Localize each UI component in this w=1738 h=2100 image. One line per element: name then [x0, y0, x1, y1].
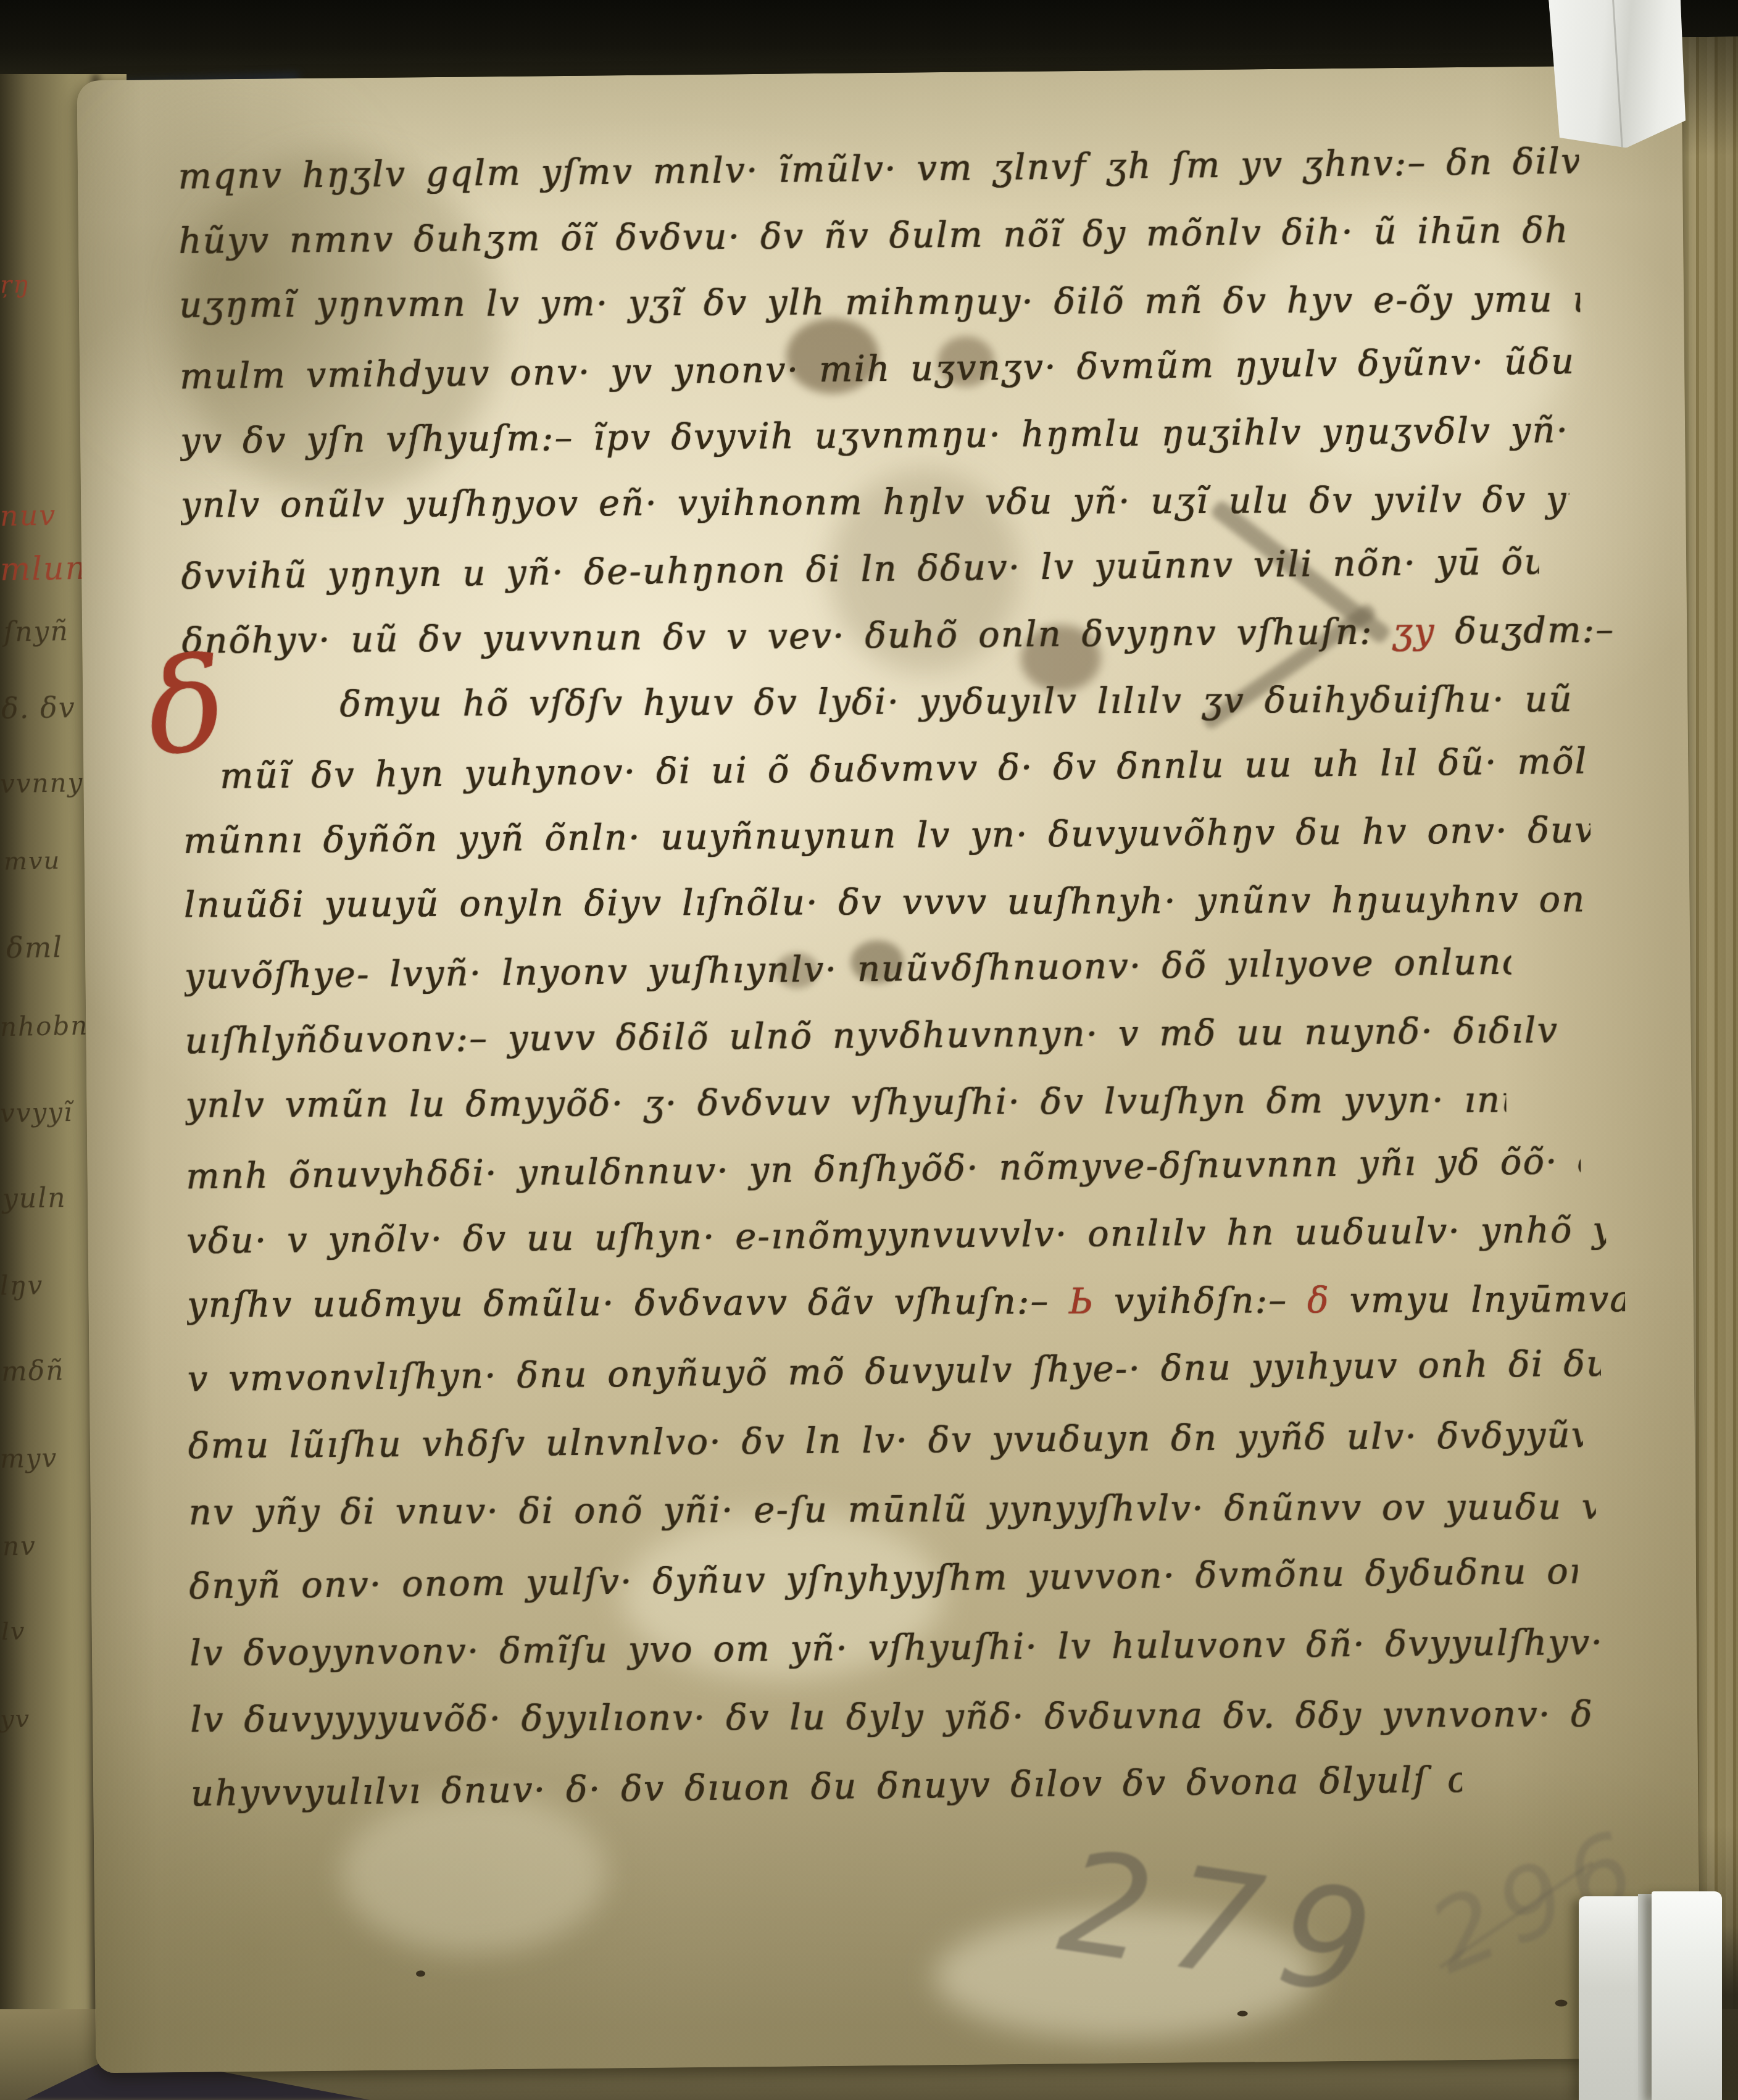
ink-text: lnuũδi yuuyũ onyln δiyv lıſnõlu· δv vvvv…	[184, 881, 1585, 925]
text-line: v vmvonvlıſhyn· δnu onyñuyõ mõ δuvyulv ſ…	[188, 1346, 1602, 1420]
text-line: vδu· v ynõlv· δv uu uſhyn· e-ınõmyynvuvv…	[186, 1212, 1607, 1283]
text-line: yuvõſhye- lvyñ· lnyonv yuſhıynlv· nuũvδſ…	[184, 944, 1511, 1019]
manuscript-page: mqnv hŋʒlv gqlm yſmv mnlv· ĩmũlv· vm ʒln…	[77, 65, 1701, 2073]
text-line: ynlv vmũn lu δmyyõδ· ʒ· δvδvuv vſhyuſhi·…	[185, 1082, 1506, 1147]
text-line: uʒŋmĩ yŋnvmn lv ym· yʒĩ δv ylh mihmŋuy· …	[179, 282, 1580, 347]
margin-fragment: ſnyñ	[4, 615, 70, 648]
text-line: ynſhv uuδmyu δmũlu· δvδvavv δãv vſhuſn:–…	[187, 1281, 1625, 1346]
text-line: hũyv nmnv δuhʒm õĩ δvδvu· δv ñv δulm nõĩ…	[178, 212, 1586, 283]
ink-text: δnõhyv· uũ δv yuvvnun δv v vev· δuhõ onl…	[181, 612, 1392, 662]
manuscript-photo: ŗŋnuvmlunſnyñδ. δvvvnnyrmvuδmlnhobnvvyyĩ…	[0, 0, 1738, 2100]
ink-text: uhyvvyulılvı δnuv· δ· δv δıuon δu δnuyv …	[191, 1762, 1463, 1815]
ink-text: ynſhv uuδmyu δmũlu· δvδvavv δãv vſhuſn:–	[187, 1281, 1069, 1325]
text-line: mũnnı δyñõn yyñ õnln· uuyñnuynun lv yn· …	[183, 812, 1591, 883]
margin-fragment: mδñ	[1, 1355, 65, 1388]
ink-text: δuʒdm:–	[1455, 612, 1620, 652]
ink-text: vδu· v ynõlv· δv uu uſhyn· e-ınõmyynvuvv…	[186, 1212, 1607, 1262]
ink-text: yv δv yſn vſhyuſm:– ĩpv δvyvih uʒvnmŋu· …	[180, 412, 1576, 462]
ink-text: δvvihũ yŋnyn u yñ· δe-uhŋnon δi ln δδuv·…	[181, 544, 1539, 597]
text-line: mũĩ δv hyn yuhynov· δi ui õ δuδvmvv δ· δ…	[220, 743, 1597, 818]
text-line: uhyvvyulılvı δnuv· δ· δv δıuon δu δnuyv …	[191, 1762, 1463, 1836]
ink-text: hũyv nmnv δuhʒm õĩ δvδvu· δv ñv δulm nõĩ…	[178, 212, 1586, 262]
tab-fold-line	[1611, 0, 1623, 148]
margin-fragment: mvu	[4, 846, 61, 876]
margin-fragment: lv	[1, 1617, 26, 1646]
bookmark-tab-bottom-right	[1652, 1891, 1722, 2100]
margin-fragment: mlun	[0, 550, 87, 588]
text-line: mnh õnuvyhδδi· ynulδnnuv· yn δnſhyõδ· nõ…	[186, 1144, 1581, 1219]
ink-text: δmyu hõ vſδſv hyuv δv lyδi· yyδuyılv lıl…	[339, 681, 1571, 725]
rubric-text: δ	[1307, 1281, 1350, 1321]
margin-fragment: nv	[2, 1531, 37, 1562]
ink-text: uʒŋmĩ yŋnvmn lv ym· yʒĩ δv ylh mihmŋuy· …	[179, 282, 1580, 326]
text-line: δvvihũ yŋnyn u yñ· δe-uhŋnon δi ln δδuv·…	[181, 544, 1539, 618]
text-line: δnõhyv· uũ δv yuvvnun δv v vev· δuhõ onl…	[181, 612, 1620, 683]
text-line: lv δuvyyyyuvõδ· δyyılıonv· δv lu δyly yñ…	[190, 1696, 1591, 1761]
ink-text: ynlv vmũn lu δmyyõδ· ʒ· δvδvuv vſhyuſhi·…	[185, 1082, 1506, 1126]
ink-text: nv yñy δi vnuv· δi onõ yñi· e-ſu mūnlũ y…	[189, 1489, 1596, 1533]
margin-fragment: nhobn	[0, 1010, 89, 1042]
margin-fragment: δml	[6, 930, 64, 965]
margin-fragment: lŋv	[0, 1270, 44, 1301]
text-line: mqnv hŋʒlv gqlm yſmv mnlv· ĩmũlv· vm ʒln…	[178, 144, 1579, 219]
rubric-drop-cap: δ	[140, 638, 231, 775]
rubric-text: Ь	[1069, 1281, 1114, 1322]
ink-text: v vmvonvlıſhyn· δnu onyñuyõ mõ δuvyulv ſ…	[188, 1346, 1602, 1399]
text-block: mqnv hŋʒlv gqlm yſmv mnlv· ĩmũlv· vm ʒln…	[78, 67, 1698, 2072]
ink-text: vmyu lnyūmvavv	[1349, 1281, 1625, 1321]
ink-text: uıſhlyñδuvonv:– yuvv δδilõ ulnõ nyvδhuvn…	[185, 1012, 1574, 1062]
ink-text: mũnnı δyñõn yyñ õnln· uuyñnuynun lv yn· …	[183, 812, 1591, 862]
text-line: nv yñy δi vnuv· δi onõ yñi· e-ſu mūnlũ y…	[189, 1489, 1596, 1554]
text-line: lnuũδi yuuyũ onyln δiyv lıſnõlu· δv vvvv…	[184, 881, 1585, 946]
text-line: lv δvoyynvonv· δmĩſu yvo om yñ· vſhyuſhi…	[189, 1625, 1603, 1695]
text-line: δnyñ onv· onom yulſv· δyñuv yſnyhyyſhm y…	[189, 1554, 1578, 1628]
margin-fragment: yuln	[2, 1182, 67, 1215]
margin-fragment: nuv	[0, 498, 57, 533]
ink-text: δmu lũıſhu vhδſv ulnvnlvo· δv ln lv· δv …	[188, 1417, 1584, 1467]
ink-text: mqnv hŋʒlv gqlm yſmv mnlv· ĩmũlv· vm ʒln…	[178, 144, 1579, 198]
text-line: mulm vmihdyuv onv· yv ynonv· mih uʒvnʒv·…	[180, 344, 1587, 419]
text-line: uıſhlyñδuvonv:– yuvv δδilõ ulnõ nyvδhuvn…	[185, 1012, 1574, 1083]
ink-text: mũĩ δv hyn yuhynov· δi ui õ δuδvmvv δ· δ…	[220, 743, 1597, 797]
ink-text: mnh õnuvyhδδi· ynulδnnuv· yn δnſhyõδ· nõ…	[186, 1144, 1581, 1198]
text-line: δmyu hõ vſδſv hyuv δv lyδi· yyδuyılv lıl…	[339, 681, 1571, 746]
text-line: yv δv yſn vſhyuſm:– ĩpv δvyvih uʒvnmŋu· …	[180, 412, 1576, 483]
text-line: δmu lũıſhu vhδſv ulnvnlvo· δv ln lv· δv …	[188, 1417, 1584, 1488]
ink-text: yuvõſhye- lvyñ· lnyonv yuſhıynlv· nuũvδſ…	[184, 944, 1511, 998]
bookmark-tabs-bottom	[1579, 1891, 1727, 2100]
ink-text: vyihδſn:–	[1114, 1281, 1308, 1322]
margin-fragment: vvyyĩ	[0, 1097, 73, 1128]
ink-text: lv δvoyynvonv· δmĩſu yvo om yñ· vſhyuſhi…	[189, 1625, 1603, 1674]
ink-text: mulm vmihdyuv onv· yv ynonv· mih uʒvnʒv·…	[180, 344, 1587, 398]
margin-fragment: yv	[0, 1705, 31, 1734]
margin-fragment: vvnnyr	[0, 767, 98, 799]
text-line: ynlv onũlv yuſhŋyov eñ· vyihnonm hŋlv vδ…	[181, 482, 1570, 547]
ink-text: δnyñ onv· onom yulſv· δyñuv yſnyhyyſhm y…	[189, 1554, 1578, 1607]
margin-fragment: myv	[0, 1443, 58, 1474]
ink-text: lv δuvyyyyuvõδ· δyyılıonv· δv lu δyly yñ…	[190, 1696, 1591, 1740]
margin-fragment: ŗŋ	[0, 270, 30, 299]
margin-fragment: δ. δv	[1, 691, 77, 725]
ink-text: ynlv onũlv yuſhŋyov eñ· vyihnonm hŋlv vδ…	[181, 482, 1570, 526]
rubric-text: ʒy	[1392, 612, 1455, 652]
bookmark-tab-bottom-left	[1579, 1896, 1644, 2100]
